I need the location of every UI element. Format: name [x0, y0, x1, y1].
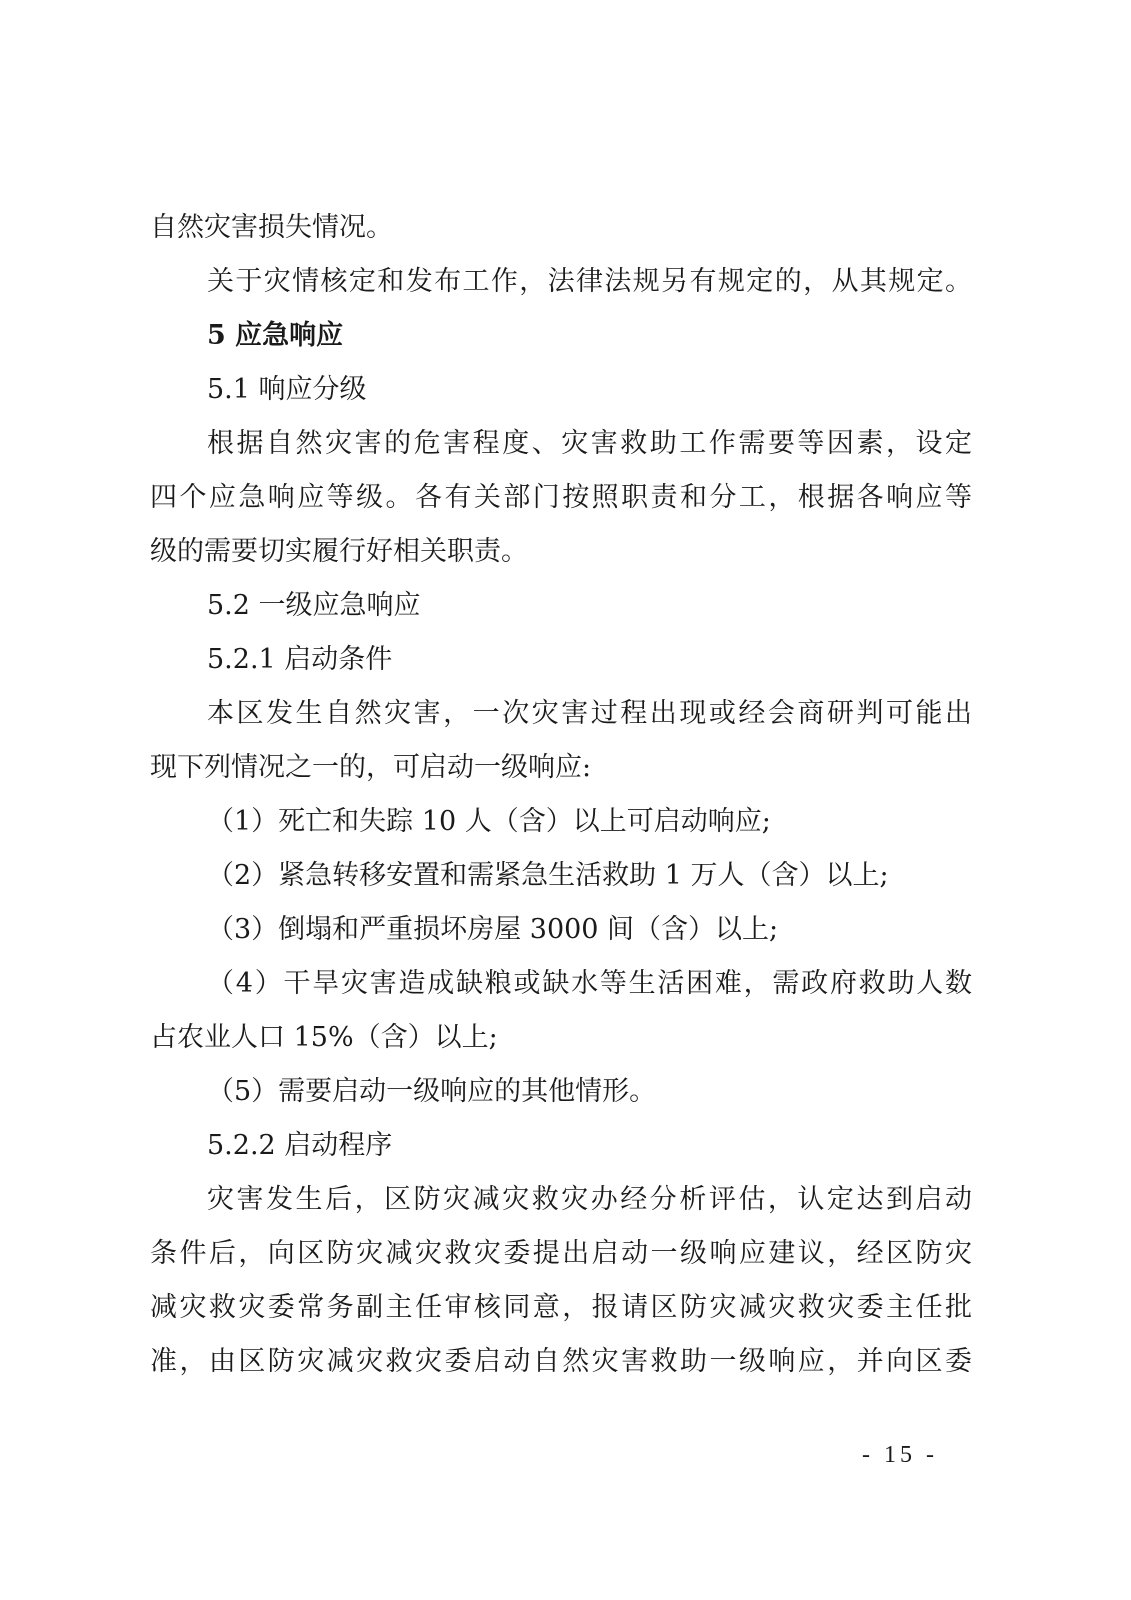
- list-item-continuation: 占农业人口 15%（含）以上;: [150, 1016, 972, 1070]
- text-line: 四个应急响应等级。各有关部门按照职责和分工，根据各响应等: [150, 476, 972, 530]
- subsection-heading: 5.1 响应分级: [150, 368, 972, 422]
- text-line: 准，由区防灾减灾救灾委启动自然灾害救助一级响应，并向区委: [150, 1340, 972, 1394]
- list-item: （2）紧急转移安置和需紧急生活救助 1 万人（含）以上;: [150, 854, 972, 908]
- text-line: 本区发生自然灾害，一次灾害过程出现或经会商研判可能出: [150, 692, 972, 746]
- text-line: 灾害发生后，区防灾减灾救灾办经分析评估，认定达到启动: [150, 1178, 972, 1232]
- text-line: 关于灾情核定和发布工作，法律法规另有规定的，从其规定。: [150, 260, 972, 314]
- text-line: 条件后，向区防灾减灾救灾委提出启动一级响应建议，经区防灾: [150, 1232, 972, 1286]
- list-item: （4）干旱灾害造成缺粮或缺水等生活困难，需政府救助人数: [150, 962, 972, 1016]
- text-line: 自然灾害损失情况。: [150, 206, 972, 260]
- text-line: 根据自然灾害的危害程度、灾害救助工作需要等因素，设定: [150, 422, 972, 476]
- list-item: （5）需要启动一级响应的其他情形。: [150, 1070, 972, 1124]
- subsection-heading: 5.2.2 启动程序: [150, 1124, 972, 1178]
- document-body: 自然灾害损失情况。 关于灾情核定和发布工作，法律法规另有规定的，从其规定。 5 …: [150, 206, 972, 1394]
- page-number: - 15 -: [862, 1442, 938, 1469]
- subsection-heading: 5.2.1 启动条件: [150, 638, 972, 692]
- text-line: 减灾救灾委常务副主任审核同意，报请区防灾减灾救灾委主任批: [150, 1286, 972, 1340]
- section-heading: 5 应急响应: [150, 314, 972, 368]
- list-item: （1）死亡和失踪 10 人（含）以上可启动响应;: [150, 800, 972, 854]
- subsection-heading: 5.2 一级应急响应: [150, 584, 972, 638]
- text-line: 级的需要切实履行好相关职责。: [150, 530, 972, 584]
- text-line: 现下列情况之一的，可启动一级响应:: [150, 746, 972, 800]
- list-item: （3）倒塌和严重损坏房屋 3000 间（含）以上;: [150, 908, 972, 962]
